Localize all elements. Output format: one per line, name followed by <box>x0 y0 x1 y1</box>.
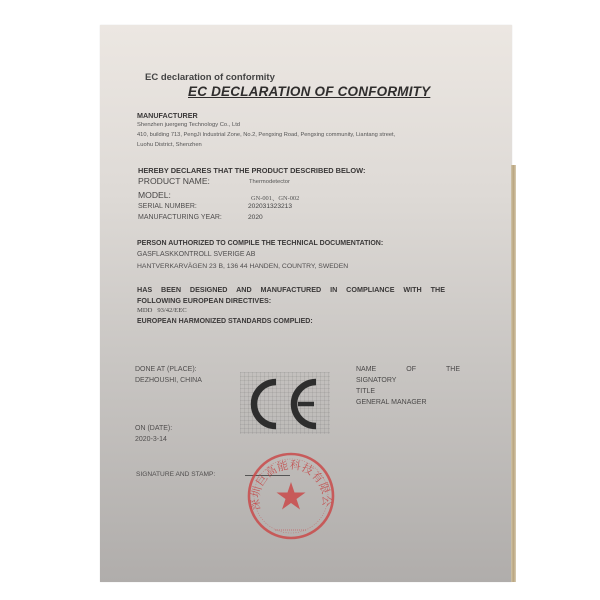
product-name-value: Thermodetector <box>249 179 290 185</box>
directive: MDD 93/42/EEC <box>137 307 187 314</box>
red-seal-icon: 深圳巨高能科技有限公司 <box>245 450 337 542</box>
authorized-name: GASFLASKKONTROLL SVERIGE AB <box>137 251 255 258</box>
product-heading: HEREBY DECLARES THAT THE PRODUCT DESCRIB… <box>138 166 365 175</box>
product-name-label: PRODUCT NAME: <box>138 176 210 186</box>
ce-mark <box>240 372 330 434</box>
manufacturer-address-1: 410, building 713, PengJi Industrial Zon… <box>137 132 395 138</box>
serial-number-value: 202031323213 <box>248 203 292 210</box>
ce-mark-icon <box>240 372 330 434</box>
signatory-name-label: NAME OF THE <box>356 366 460 373</box>
place-label: DONE AT (PLACE): <box>135 366 197 373</box>
model-value: GN-001、GN-002 <box>251 193 299 202</box>
main-title: EC DECLARATION OF CONFORMITY <box>188 84 430 99</box>
compliance-line-1: HAS BEEN DESIGNED AND MANUFACTURED IN CO… <box>137 285 445 294</box>
compliance-line-2: FOLLOWING EUROPEAN DIRECTIVES: <box>137 296 271 305</box>
word-of: OF <box>406 366 416 373</box>
title-value: GENERAL MANAGER <box>356 399 427 406</box>
small-title: EC declaration of conformity <box>145 72 275 83</box>
manufacturing-year-label: MANUFACTURING YEAR: <box>138 214 222 221</box>
page-edge <box>511 165 516 582</box>
standards-heading: EUROPEAN HARMONIZED STANDARDS COMPLIED: <box>137 318 313 325</box>
manufacturer-address-2: Luohu District, Shenzhen <box>137 142 202 148</box>
word-name: NAME <box>356 366 376 373</box>
authorized-heading: PERSON AUTHORIZED TO COMPILE THE TECHNIC… <box>137 240 383 247</box>
word-the: THE <box>446 366 460 373</box>
place-value: DEZHOUSHI, CHINA <box>135 377 202 384</box>
model-label: MODEL: <box>138 190 171 200</box>
signature-label: SIGNATURE AND STAMP: <box>136 471 215 478</box>
manufacturer-company: Shenzhen juergeng Technology Co., Ltd <box>137 122 240 128</box>
manufacturing-year-value: 2020 <box>248 214 263 221</box>
manufacturer-heading: MANUFACTURER <box>137 111 198 120</box>
serial-number-label: SERIAL NUMBER: <box>138 203 197 210</box>
signatory-line-2: SIGNATORY <box>356 377 396 384</box>
company-stamp: 深圳巨高能科技有限公司 <box>245 450 337 542</box>
date-label: ON (DATE): <box>135 425 172 432</box>
authorized-address: HANTVERKARVÄGEN 23 B, 136 44 HANDEN, COU… <box>137 263 348 270</box>
date-value: 2020-3-14 <box>135 436 167 443</box>
title-label: TITLE <box>356 388 375 395</box>
